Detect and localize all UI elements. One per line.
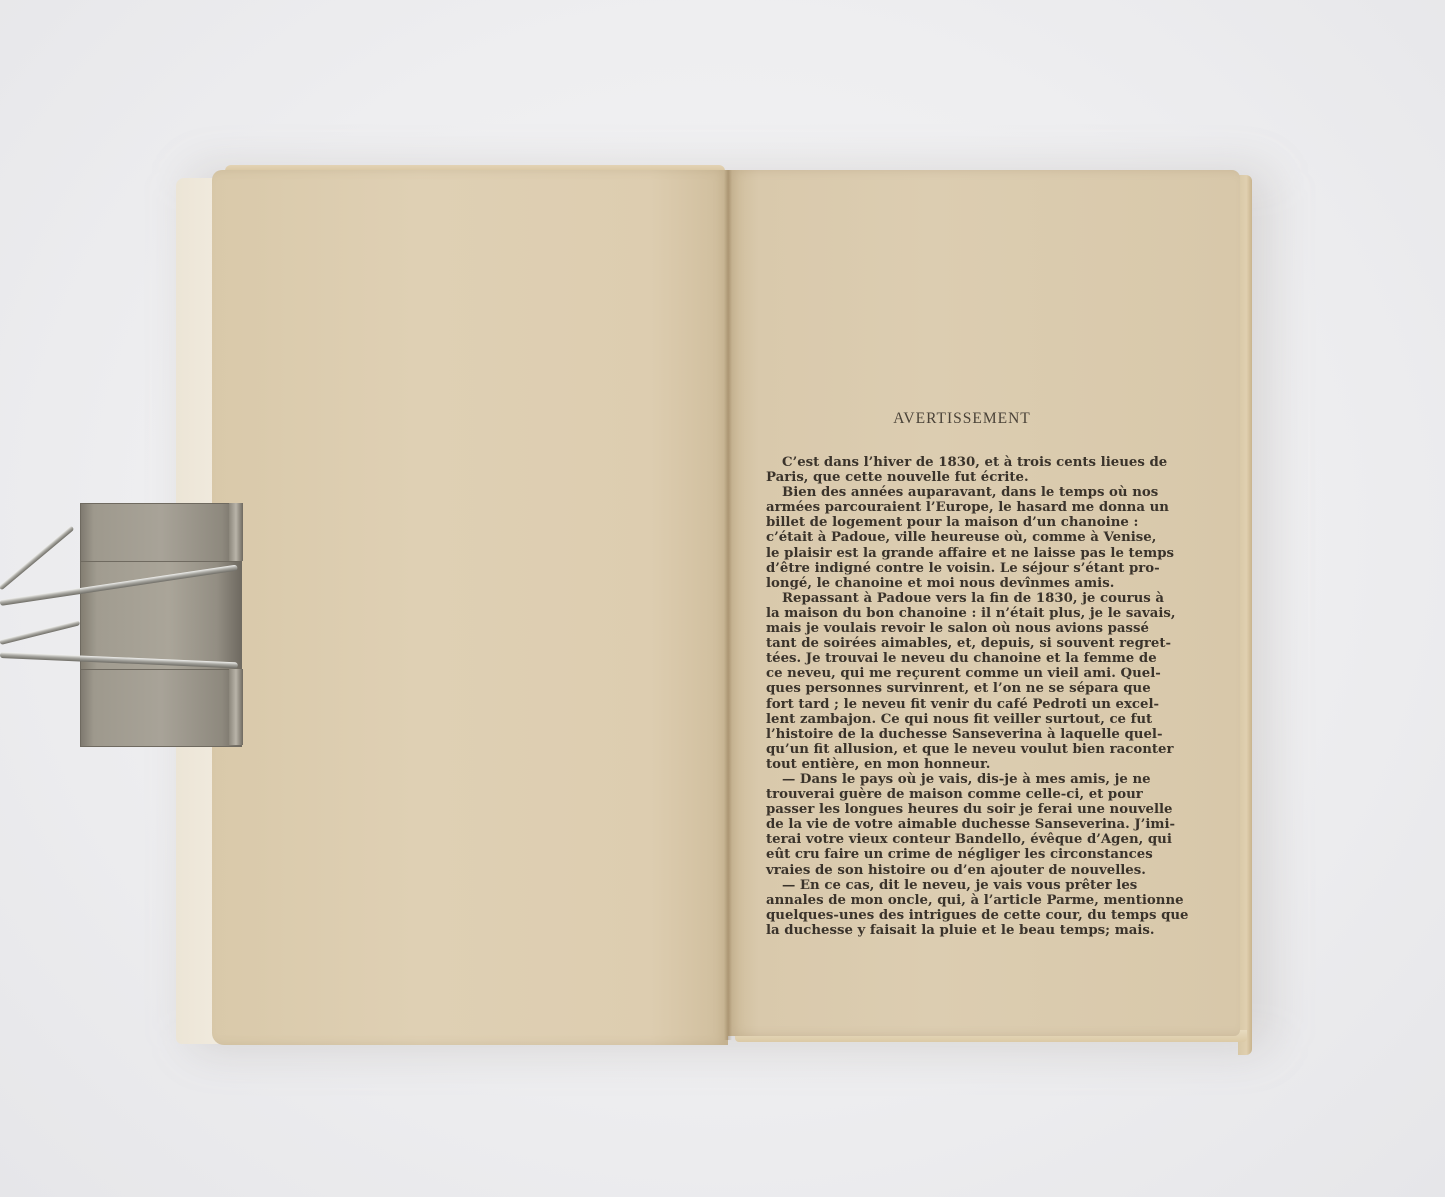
text-line: tant de soirées aimables, et, depuis, si… [766,636,1100,651]
binder-clip-wire-handle [0,620,80,645]
text-line: Bien des années auparavant, dans le temp… [766,485,1100,500]
binder-clip-edge [229,503,243,561]
text-line: ques personnes survinrent, et l’on ne se… [766,681,1100,696]
text-line: qu’un fit allusion, et que le neveu voul… [766,742,1100,757]
page-body-text: C’est dans l’hiver de 1830, et à trois c… [766,455,1100,938]
binder-clip-plate-top [80,503,242,563]
text-line: lent zambajon. Ce qui nous fit veiller s… [766,712,1100,727]
binder-clip-wire-handle [0,526,74,591]
text-line: — Dans le pays où je vais, dis-je à mes … [766,772,1100,787]
text-line: — En ce cas, dit le neveu, je vais vous … [766,878,1100,893]
binder-clip-plate-bottom [80,669,242,747]
text-line: terai votre vieux conteur Bandello, évêq… [766,832,1100,847]
text-line: de la vie de votre aimable duchesse Sans… [766,817,1100,832]
text-line: billet de logement pour la maison d’un c… [766,515,1100,530]
text-line: passer les longues heures du soir je fer… [766,802,1100,817]
photo-scene: AVERTISSEMENT C’est dans l’hiver de 1830… [0,0,1445,1197]
text-line: d’être indigné contre le voisin. Le séjo… [766,561,1100,576]
text-line: armées parcouraient l’Europe, le hasard … [766,500,1100,515]
text-line: tout entière, en mon honneur. [766,757,1100,772]
chapter-title: AVERTISSEMENT [872,410,1052,428]
text-line: la maison du bon chanoine : il n’était p… [766,606,1100,621]
text-line: C’est dans l’hiver de 1830, et à trois c… [766,455,1100,470]
page-stack-right-edge [1238,175,1252,1055]
text-line: l’histoire de la duchesse Sanseverina à … [766,727,1100,742]
text-line: le plaisir est la grande affaire et ne l… [766,546,1100,561]
text-line: fort tard ; le neveu fit venir du café P… [766,697,1100,712]
text-line: la duchesse y faisait la pluie et le bea… [766,923,1100,938]
text-line: Paris, que cette nouvelle fut écrite. [766,470,1100,485]
text-line: longé, le chanoine et moi nous devînmes … [766,576,1100,591]
text-line: quelques-unes des intrigues de cette cou… [766,908,1100,923]
text-line: tées. Je trouvai le neveu du chanoine et… [766,651,1100,666]
text-line: mais je voulais revoir le salon où nous … [766,621,1100,636]
binder-clip [80,503,243,745]
binder-clip-edge [229,669,243,745]
text-line: annales de mon oncle, qui, à l’article P… [766,893,1100,908]
text-line: ce neveu, qui me reçurent comme un vieil… [766,666,1100,681]
text-line: c’était à Padoue, ville heureuse où, com… [766,530,1100,545]
book-gutter [724,170,732,1040]
text-line: trouverai guère de maison comme celle-ci… [766,787,1100,802]
left-page-blank [212,170,728,1045]
text-line: Repassant à Padoue vers la fin de 1830, … [766,591,1100,606]
text-line: vraies de son histoire ou d’en ajouter d… [766,863,1100,878]
text-line: eût cru faire un crime de négliger les c… [766,847,1100,862]
